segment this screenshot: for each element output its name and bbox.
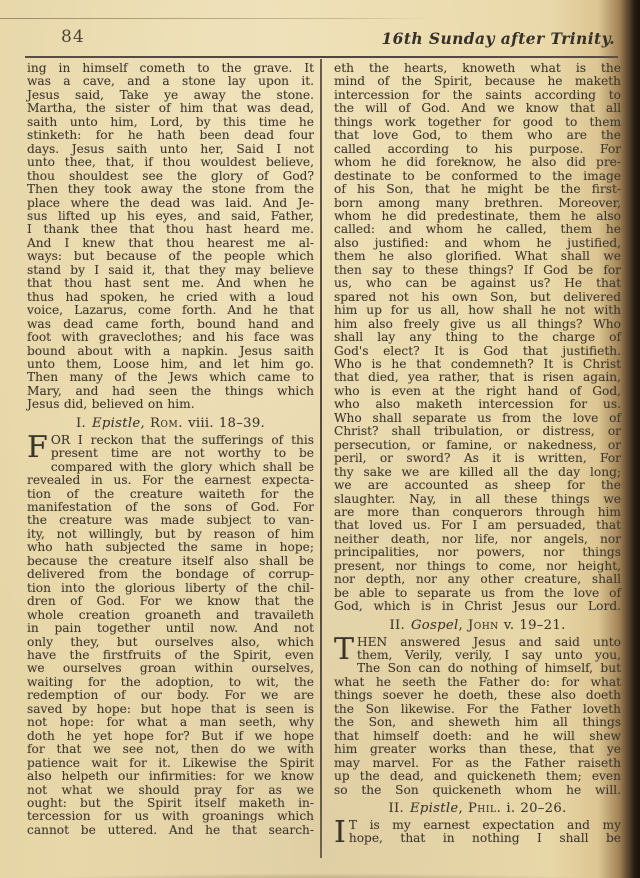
text-line: because the creature itself also shall b… xyxy=(27,555,314,568)
text-line: sus lifted up his eyes, and said, Father… xyxy=(27,210,314,223)
text-line: not what we should pray for as we xyxy=(27,784,314,797)
heading-number: I. xyxy=(76,416,92,431)
text-line: also justified: and whom he justified, xyxy=(334,237,621,250)
text-line: stinketh: for he hath been dead four xyxy=(27,129,314,142)
text-line: And I knew that thou hearest me al- xyxy=(27,237,314,250)
right-column: eth the hearts, knoweth what is themind … xyxy=(334,62,621,847)
heading-reference: i. 20–26. xyxy=(501,801,566,816)
text-line: patience wait for it. Likewise the Spiri… xyxy=(27,757,314,770)
text-line: not hope: for what a man seeth, why xyxy=(27,716,314,729)
text-line: thy sake we are killed all the day long; xyxy=(334,466,621,479)
text-line: Martha, the sister of him that was dead, xyxy=(27,102,314,115)
text-line: HEN answered Jesus and said unto xyxy=(334,636,621,649)
text-line: may marvel. For as the Father raiseth xyxy=(334,757,621,770)
text-line: so the Son quickeneth whom he will. xyxy=(334,784,621,797)
text-line: for that we see not, then do we with xyxy=(27,743,314,756)
text-line: The Son can do nothing of himself, but xyxy=(334,662,621,675)
text-line: what he seeth the Father do: for what xyxy=(334,676,621,689)
text-line: revealed in us. For the earnest expecta- xyxy=(27,474,314,487)
book-page: 84 16th Sunday after Trinity. ing in him… xyxy=(0,0,640,878)
heading-title: Gospel xyxy=(411,618,459,633)
text-line: eth the hearts, knoweth what is the xyxy=(334,62,621,75)
text-line: also helpeth our infirmities: for we kno… xyxy=(27,770,314,783)
scan-bottom-shadow xyxy=(0,869,640,878)
text-line: Christ? shall tribulation, or distress, … xyxy=(334,425,621,438)
text-line: the Son likewise. For the Father loveth xyxy=(334,703,621,716)
text-line: spared not his own Son, but delivered xyxy=(334,291,621,304)
text-line: the creature was made subject to van- xyxy=(27,514,314,527)
text-line: unto thee, that, if thou wouldest believ… xyxy=(27,156,314,169)
text-line: up the dead, and quickeneth them; even xyxy=(334,770,621,783)
text-line: who is even at the right hand of God, xyxy=(334,385,621,398)
text-line: tion into the glorious liberty of the ch… xyxy=(27,582,314,595)
text-line: that loved us. For I am persuaded, that xyxy=(334,519,621,532)
text-line: OR I reckon that the sufferings of this xyxy=(27,434,314,447)
heading-book: John xyxy=(468,618,499,633)
text-line: ways: but because of the people which xyxy=(27,250,314,263)
text-line: that thou hast sent me. And when he xyxy=(27,277,314,290)
text-line: bound about with a napkin. Jesus saith xyxy=(27,345,314,358)
text-line: the will of God. And we know that all xyxy=(334,102,621,115)
text-line: foot with graveclothes; and his face was xyxy=(27,331,314,344)
text-line: them, Verily, verily, I say unto you, xyxy=(334,649,621,662)
text-line: in pain together until now. And not xyxy=(27,622,314,635)
header-rule xyxy=(25,56,618,58)
text-line: redemption of our body. For we are xyxy=(27,689,314,702)
text-line: was a cave, and a stone lay upon it. xyxy=(27,75,314,88)
heading-title: Epistle xyxy=(92,416,140,431)
text-line: Who is he that condemneth? It is Christ xyxy=(334,358,621,371)
text-line: God, which is in Christ Jesus our Lord. xyxy=(334,600,621,613)
text-line: born among many brethren. Moreover, xyxy=(334,197,621,210)
text-line: called according to his purpose. For xyxy=(334,143,621,156)
scripture-passage: IT is my earnest expectation and myhope,… xyxy=(334,819,621,846)
text-line: stand by I said it, that they may believ… xyxy=(27,264,314,277)
text-line: are more than conquerors through him xyxy=(334,506,621,519)
text-line: tercession for us with groanings which xyxy=(27,810,314,823)
page-number: 84 xyxy=(61,27,85,47)
text-line: that himself doeth: and he will shew xyxy=(334,730,621,743)
text-line: mind of the Spirit, because he maketh xyxy=(334,75,621,88)
text-line: we ourselves groan within ourselves, xyxy=(27,662,314,675)
drop-cap-initial: T xyxy=(334,636,357,664)
text-line: the Son, and sheweth him all things xyxy=(334,716,621,729)
text-line: ity, not willingly, but by reason of him xyxy=(27,528,314,541)
scan-edge-shadow xyxy=(618,0,640,878)
text-line: ing in himself cometh to the grave. It xyxy=(27,62,314,75)
text-line: principalities, nor powers, nor things xyxy=(334,546,621,559)
text-line: waiting for the adoption, to wit, the xyxy=(27,676,314,689)
text-line: T is my earnest expectation and my xyxy=(334,819,621,832)
text-line: delivered from the bondage of corrup- xyxy=(27,568,314,581)
left-column: ing in himself cometh to the grave. Itwa… xyxy=(27,62,314,837)
text-line: things work together for good to them xyxy=(334,116,621,129)
scripture-passage: eth the hearts, knoweth what is themind … xyxy=(334,62,621,614)
text-line: saved by hope: but hope that is seen is xyxy=(27,703,314,716)
text-line: Mary, and had seen the things which xyxy=(27,385,314,398)
drop-cap-initial: F xyxy=(27,434,51,462)
column-divider xyxy=(320,59,322,858)
text-line: whole creation groaneth and travaileth xyxy=(27,609,314,622)
text-line: intercession for the saints according to xyxy=(334,89,621,102)
heading-number: II. xyxy=(388,801,410,816)
section-heading: I.Epistle, Rom. viii. 18–39. xyxy=(27,417,314,430)
running-head: 16th Sunday after Trinity. xyxy=(381,29,615,48)
text-line: us, who can be against us? He that xyxy=(334,277,621,290)
heading-book: Phil. xyxy=(468,801,501,816)
text-line: only they, but ourselves also, which xyxy=(27,636,314,649)
heading-reference: viii. 18–39. xyxy=(183,416,265,431)
scripture-passage: FOR I reckon that the sufferings of this… xyxy=(27,434,314,838)
text-line: slaughter. Nay, in all these things we xyxy=(334,493,621,506)
text-line: destinate to be conformed to the image xyxy=(334,170,621,183)
text-line: be able to separate us from the love of xyxy=(334,587,621,600)
drop-cap-initial: I xyxy=(334,819,349,847)
text-line: thou shouldest see the glory of God? xyxy=(27,170,314,183)
text-line: have the firstfruits of the Spirit, even xyxy=(27,649,314,662)
heading-title: Epistle xyxy=(410,801,458,816)
text-line: him up for us all, how shall he not with xyxy=(334,304,621,317)
text-line: who hath subjected the same in hope; xyxy=(27,541,314,554)
text-line: that love God, to them who are the xyxy=(334,129,621,142)
text-line: doth he yet hope for? But if we hope xyxy=(27,730,314,743)
text-line: saith unto him, Lord, by this time he xyxy=(27,116,314,129)
text-line: them he also glorified. What shall we xyxy=(334,250,621,263)
text-line: present time are not worthy to be xyxy=(27,447,314,460)
text-line: that died, yea rather, that is risen aga… xyxy=(334,371,621,384)
text-line: him greater works than these, that ye xyxy=(334,743,621,756)
scripture-passage: ing in himself cometh to the grave. Itwa… xyxy=(27,62,314,412)
text-line: called: and whom he called, them he xyxy=(334,223,621,236)
text-line: Jesus said, Take ye away the stone. xyxy=(27,89,314,102)
section-heading: II.Epistle, Phil. i. 20–26. xyxy=(334,802,621,815)
text-line: days. Jesus saith unto her, Said I not xyxy=(27,143,314,156)
text-line: peril, or sword? As it is written, For xyxy=(334,452,621,465)
text-line: shall lay any thing to the charge of xyxy=(334,331,621,344)
text-line: Then they took away the stone from the xyxy=(27,183,314,196)
text-line: voice, Lazarus, come forth. And he that xyxy=(27,304,314,317)
text-line: Then many of the Jews which came to xyxy=(27,371,314,384)
heading-comma: , xyxy=(458,618,467,633)
scan-artifact-line xyxy=(0,18,432,19)
text-line: him also freely give us all things? Who xyxy=(334,318,621,331)
text-line: neither death, nor life, nor angels, nor xyxy=(334,533,621,546)
text-line: was dead came forth, bound hand and xyxy=(27,318,314,331)
scripture-passage: THEN answered Jesus and said untothem, V… xyxy=(334,636,621,797)
heading-comma: , xyxy=(458,801,467,816)
text-line: whom he did foreknow, he also did pre- xyxy=(334,156,621,169)
heading-comma: , xyxy=(140,416,149,431)
text-line: cannot be uttered. And he that search- xyxy=(27,824,314,837)
heading-book: Rom. xyxy=(150,416,183,431)
text-line: unto them, Loose him, and let him go. xyxy=(27,358,314,371)
text-line: manifestation of the sons of God. For xyxy=(27,501,314,514)
text-line: hope, that in nothing I shall be xyxy=(334,832,621,845)
text-line: Who shall separate us from the love of xyxy=(334,412,621,425)
text-line: we are accounted as sheep for the xyxy=(334,479,621,492)
text-line: God's elect? It is God that justifieth. xyxy=(334,345,621,358)
text-line: place where the dead was laid. And Je- xyxy=(27,197,314,210)
text-line: compared with the glory which shall be xyxy=(27,461,314,474)
heading-number: II. xyxy=(389,618,411,633)
text-line: things soever he doeth, these also doeth xyxy=(334,689,621,702)
text-line: thus had spoken, he cried with a loud xyxy=(27,291,314,304)
text-line: ought: but the Spirit itself maketh in- xyxy=(27,797,314,810)
text-line: I thank thee that thou hast heard me. xyxy=(27,223,314,236)
text-line: persecution, or famine, or nakedness, or xyxy=(334,439,621,452)
text-line: Jesus did, believed on him. xyxy=(27,398,314,411)
text-line: tion of the creature waiteth for the xyxy=(27,488,314,501)
text-line: dren of God. For we know that the xyxy=(27,595,314,608)
section-heading: II.Gospel, John v. 19–21. xyxy=(334,619,621,632)
text-line: nor depth, nor any other creature, shall xyxy=(334,573,621,586)
text-line: of his Son, that he might be the first- xyxy=(334,183,621,196)
heading-reference: v. 19–21. xyxy=(499,618,566,633)
text-line: whom he did predestinate, them he also xyxy=(334,210,621,223)
text-line: present, nor things to come, nor height, xyxy=(334,560,621,573)
text-line: who also maketh intercession for us. xyxy=(334,398,621,411)
text-line: then say to these things? If God be for xyxy=(334,264,621,277)
